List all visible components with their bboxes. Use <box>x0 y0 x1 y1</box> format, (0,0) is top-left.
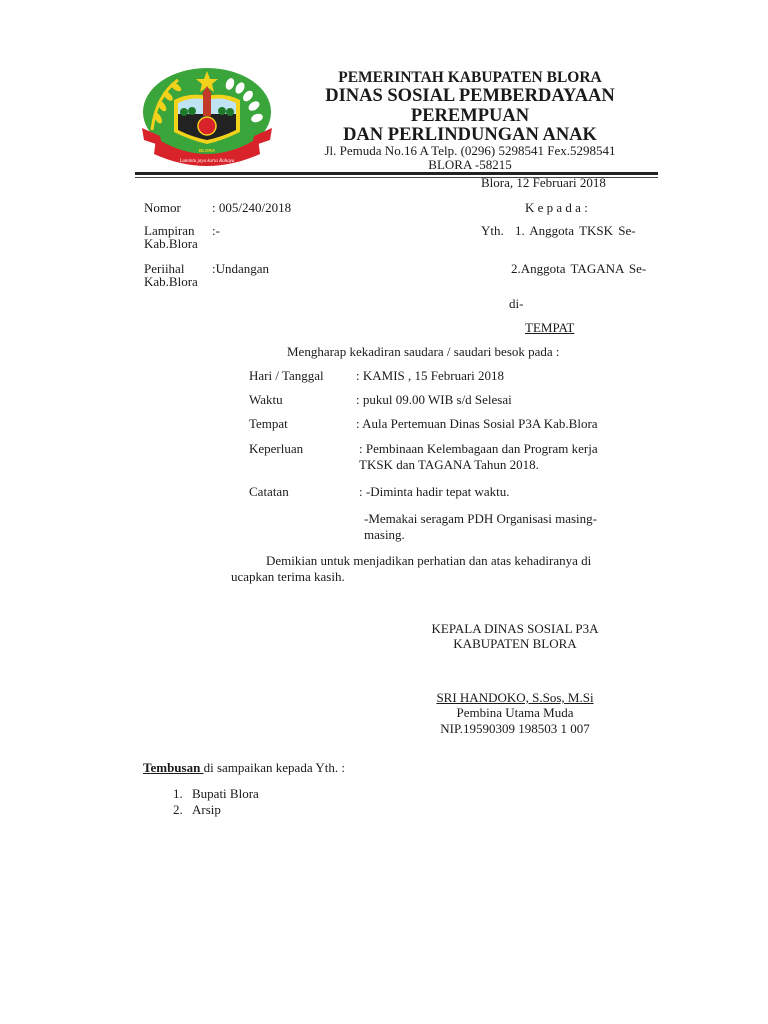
letterhead-agency-line1: DINAS SOSIAL PEMBERDAYAAN <box>280 86 660 107</box>
nomor-label: Nomor <box>144 200 181 216</box>
detail-label-purpose: Keperluan <box>249 441 303 457</box>
tembusan-text: di sampaikan kepada Yth. : <box>204 760 345 775</box>
signatory-title-2: KABUPATEN BLORA <box>409 636 621 652</box>
signatory-nip: NIP.19590309 198503 1 007 <box>409 721 621 737</box>
detail-value-place: : Aula Pertemuan Dinas Sosial P3A Kab.Bl… <box>356 416 598 432</box>
lampiran-value: :- <box>212 223 220 239</box>
detail-label-time: Waktu <box>249 392 283 408</box>
signatory-name: SRI HANDOKO, S.Sos, M.Si <box>409 690 621 706</box>
perihal-value: :Undangan <box>212 261 269 277</box>
detail-value-notes-1: : -Diminta hadir tepat waktu. <box>359 484 510 500</box>
detail-value-purpose: : Pembinaan Kelembagaan dan Program kerj… <box>359 441 598 457</box>
detail-value-time: : pukul 09.00 WIB s/d Selesai <box>356 392 512 408</box>
letter-date: Blora, 12 Februari 2018 <box>481 175 606 191</box>
svg-text:Lumintu jaya karta Rahayu: Lumintu jaya karta Rahayu <box>179 159 235 164</box>
detail-label-notes: Catatan <box>249 484 289 500</box>
lampiran-wrap: Kab.Blora <box>144 236 198 252</box>
detail-value-purpose-cont: TKSK dan TAGANA Tahun 2018. <box>359 457 539 473</box>
perihal-wrap: Kab.Blora <box>144 274 198 290</box>
closing-text-2: ucapkan terima kasih. <box>231 569 345 585</box>
detail-label-date: Hari / Tanggal <box>249 368 324 384</box>
tembusan-list: Bupati Blora Arsip <box>168 786 259 818</box>
letterhead-city: BLORA -58215 <box>280 157 660 173</box>
detail-label-place: Tempat <box>249 416 288 432</box>
closing-text-1: Demikian untuk menjadikan perhatian dan … <box>266 553 591 569</box>
svg-text:BLORA: BLORA <box>199 148 216 153</box>
tembusan-heading: Tembusan di sampaikan kepada Yth. : <box>143 760 345 776</box>
letterhead-government: PEMERINTAH KABUPATEN BLORA <box>280 69 660 87</box>
detail-value-notes-2: -Memakai seragam PDH Organisasi masing- <box>364 511 597 527</box>
nomor-value: : 005/240/2018 <box>212 200 291 216</box>
blora-regency-emblem-icon: BLORA Lumintu jaya karta Rahayu <box>138 66 276 168</box>
tembusan-item: Arsip <box>186 802 259 818</box>
recipient-di: di- <box>509 296 523 312</box>
signatory-rank: Pembina Utama Muda <box>409 705 621 721</box>
recipient-item-1: 1. Anggota TKSK Se- <box>515 223 636 239</box>
yth-label: Yth. <box>481 223 504 239</box>
signatory-title-1: KEPALA DINAS SOSIAL P3A <box>409 621 621 637</box>
tembusan-label: Tembusan <box>143 760 204 775</box>
kepada-label: K e p a d a : <box>525 200 588 216</box>
letterhead-agency-line2: PEREMPUAN <box>280 106 660 127</box>
opening-text: Mengharap kekadiran saudara / saudari be… <box>287 344 560 360</box>
recipient-tempat: TEMPAT <box>525 320 574 336</box>
tembusan-item: Bupati Blora <box>186 786 259 802</box>
detail-value-date: : KAMIS , 15 Februari 2018 <box>356 368 504 384</box>
recipient-item-2: 2.Anggota TAGANA Se- <box>511 261 646 277</box>
detail-value-notes-3: masing. <box>364 527 405 543</box>
